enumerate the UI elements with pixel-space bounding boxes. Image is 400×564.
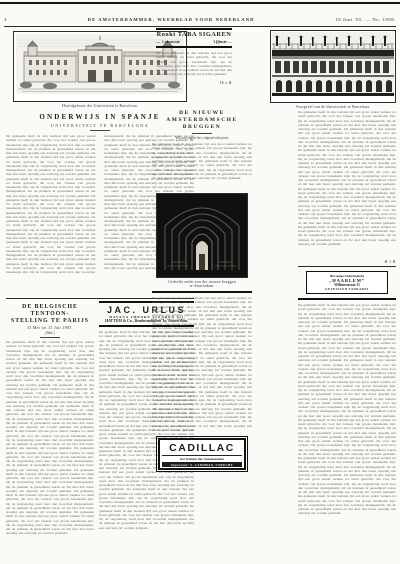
belgische-slot: (Slot.) (6, 331, 94, 335)
bruggen-headline-1: DE NIEUWE (152, 110, 252, 117)
rule (298, 266, 396, 267)
issue-info: 18 Juni '05. — No. 1908. (335, 17, 396, 22)
cadillac-ad: CADILLAC het Wonder der Automobielen Imp… (158, 438, 246, 470)
belgische-headline-1: DE BELGISCHE TENTOON- (6, 304, 94, 318)
haarlem-ad: Het eenige Nederlandsche „HAARLEM” Wille… (306, 271, 388, 294)
taba-ad: Rookt TABA SIGAREN — 't nieuwste 't fijn… (156, 28, 232, 85)
facade-caption: Voorgevel van de Universiteit te Barcelo… (270, 105, 396, 109)
arches-caption-2: te Amsterdam. (152, 284, 252, 288)
taba-left: — 't nieuwste (156, 39, 180, 44)
bruggen-body-text-2: De gemeente heeft in den laatsten tijd e… (152, 296, 252, 432)
bruggen-headline-2: AMSTERDAMSCHE BRUGGEN (152, 117, 252, 131)
taba-column-signature: Th. v. B. (156, 81, 232, 85)
column-four: De gemeente heeft in den laatsten tijd e… (298, 110, 396, 545)
facade-engraving: Voorgevel van de Universiteit te Barcelo… (270, 30, 396, 109)
page-header: 4 DE AMSTERDAMMER, WEEKBLAD VOOR NEDERLA… (4, 14, 396, 24)
rule (156, 46, 232, 48)
column-four-signature: H. J. B. (298, 260, 396, 264)
rule (152, 291, 252, 293)
rule (156, 28, 232, 30)
bruggen-body-text-1: De gemeente heeft in den laatsten tijd e… (152, 142, 252, 190)
divider (40, 337, 60, 338)
belgische-headline-2: STELLING TE PARIJS (6, 318, 94, 325)
divider (192, 133, 212, 134)
palace-caption: Hoofdgebouw der Universiteit te Barcelon… (6, 104, 194, 108)
facade-engraving-image (272, 32, 394, 96)
cadillac-title: CADILLAC (162, 442, 242, 454)
belgische-dates: 15 Mei tot 15 Juli 1905. (6, 326, 94, 330)
newspaper-page: 4 DE AMSTERDAMMER, WEEKBLAD VOOR NEDERLA… (0, 0, 400, 564)
column-three-top-text: De gemeente heeft in den laatsten tijd e… (156, 51, 232, 81)
arches-engraving-image (159, 196, 245, 270)
column-four-body-text-1: De gemeente heeft in den laatsten tijd e… (298, 110, 396, 258)
haarlem-line4: GEVESTIGD TANDARTS (309, 287, 385, 291)
taba-line1: Rookt TABA SIGAREN (156, 31, 232, 38)
column-four-body-text-2: De gemeente heeft in den laatsten tijd e… (298, 303, 396, 545)
bruggen-intro: Wij ontvingen het volgend schrijven: (152, 136, 252, 140)
rule (298, 298, 396, 300)
arches-engraving (156, 193, 248, 278)
masthead-title: DE AMSTERDAMMER, WEEKBLAD VOOR NEDERLAND (7, 17, 335, 22)
divider (90, 130, 110, 131)
header-rule (4, 26, 396, 27)
cadillac-line2: het Wonder der Automobielen (162, 455, 242, 461)
taba-right: 't fijnste — (213, 39, 232, 44)
article-belgische: DE BELGISCHE TENTOON- STELLING TE PARIJS… (6, 304, 94, 558)
facade-frame (270, 30, 396, 103)
cadillac-line3: Importeur: S. LANDMAN, UTRECHT (162, 462, 242, 467)
article-bruggen: DE NIEUWE AMSTERDAMSCHE BRUGGEN Wij ontv… (152, 110, 252, 470)
belgische-body-text: De gemeente heeft in den laatsten tijd e… (6, 340, 94, 558)
top-rule (0, 2, 400, 4)
